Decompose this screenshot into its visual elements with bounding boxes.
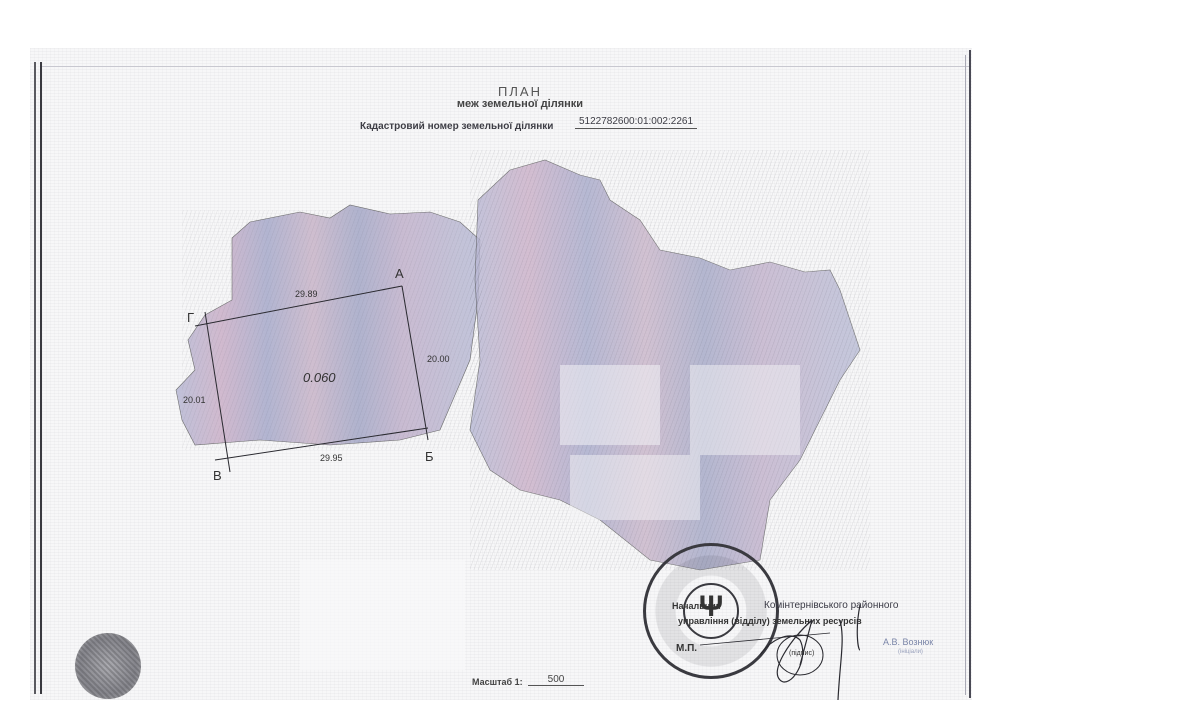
signature-caption: (підпис) xyxy=(789,650,814,657)
signer-name-caption: (ініціали) xyxy=(898,649,923,655)
handwritten-signature xyxy=(0,0,1185,720)
signer-name: А.В. Вознюк xyxy=(883,637,933,647)
